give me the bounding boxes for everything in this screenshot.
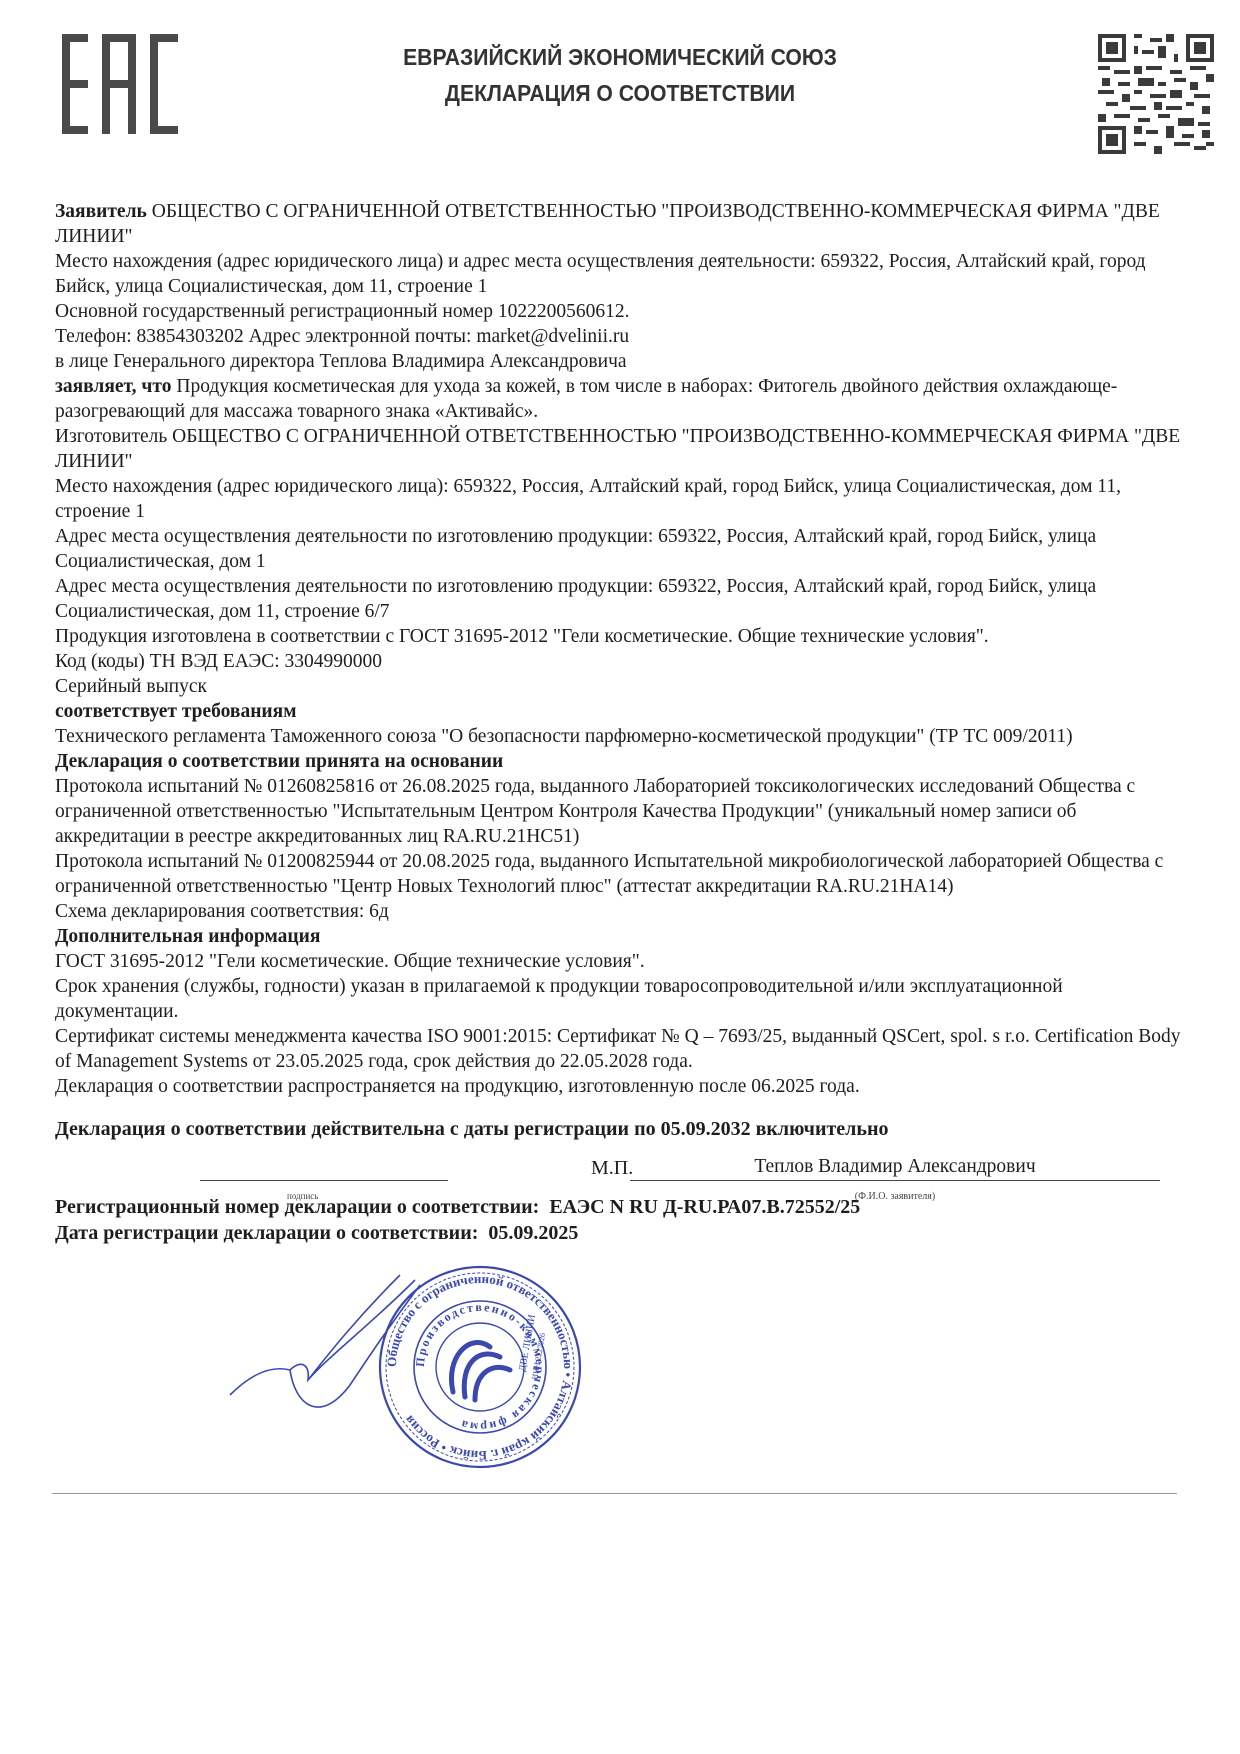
basis-heading: Декларация о соответствии принята на осн… — [55, 749, 1185, 774]
additional-iso: Сертификат системы менеджмента качества … — [55, 1024, 1185, 1074]
handwritten-signature-icon — [200, 1265, 440, 1435]
basis-scheme: Схема декларирования соответствия: 6д — [55, 899, 1185, 924]
signer-name-label: (Ф.И.О. заявителя) — [630, 1184, 1160, 1209]
applicant-ogrn: Основной государственный регистрационный… — [55, 299, 1185, 324]
applicant-name: ОБЩЕСТВО С ОГРАНИЧЕННОЙ ОТВЕТСТВЕННОСТЬЮ… — [55, 201, 1160, 247]
union-title: ЕВРАЗИЙСКИЙ ЭКОНОМИЧЕСКИЙ СОЮЗ — [326, 44, 915, 71]
applicant-contacts: Телефон: 83854303202 Адрес электронной п… — [55, 324, 1185, 349]
signer-name: Теплов Владимир Александрович — [630, 1154, 1160, 1179]
svg-text:ДВЕ ЛИНИИ: ДВЕ ЛИНИИ — [517, 1314, 538, 1373]
applicant-address: Место нахождения (адрес юридического лиц… — [55, 249, 1185, 299]
signature-row: подпись М.П. Теплов Владимир Александров… — [55, 1142, 1185, 1194]
declares-text: Продукция косметическая для ухода за кож… — [55, 376, 1117, 422]
manufacturer-legal-address: Место нахождения (адрес юридического лиц… — [55, 474, 1185, 524]
product-tn-ved: Код (коды) ТН ВЭД ЕАЭС: 3304990000 — [55, 649, 1185, 674]
manufacturer-production-address-2: Адрес места осуществления деятельности п… — [55, 574, 1185, 624]
bottom-divider — [52, 1493, 1177, 1494]
manufacturer-label: Изготовитель — [55, 426, 167, 447]
company-stamp-icon: Общество с ограниченной ответственностью… — [375, 1262, 585, 1472]
additional-heading: Дополнительная информация — [55, 924, 1185, 949]
applicant-representative: в лице Генерального директора Теплова Вл… — [55, 349, 1185, 374]
requirements-heading: соответствует требованиям — [55, 699, 1185, 724]
declares-label: заявляет, что — [55, 376, 172, 397]
signature-label: подпись — [287, 1184, 318, 1209]
applicant-label: Заявитель — [55, 201, 147, 222]
validity-statement: Декларация о соответствии действительна … — [55, 1117, 1185, 1142]
applicant-block: Заявитель ОБЩЕСТВО С ОГРАНИЧЕННОЙ ОТВЕТС… — [55, 199, 1185, 249]
additional-gost: ГОСТ 31695-2012 "Гели косметические. Общ… — [55, 949, 1185, 974]
svg-text:ИНН 2227026: ИНН 2227026 — [530, 1332, 547, 1380]
manufacturer-name: ОБЩЕСТВО С ОГРАНИЧЕННОЙ ОТВЕТСТВЕННОСТЬЮ… — [55, 426, 1180, 472]
requirements-text: Технического регламента Таможенного союз… — [55, 724, 1185, 749]
signer-name-line — [630, 1180, 1160, 1181]
stamp-place-label: М.П. — [591, 1156, 633, 1181]
document-title: ДЕКЛАРАЦИЯ О СООТВЕТСТВИИ — [326, 80, 915, 107]
registration-date-label: Дата регистрации декларации о соответств… — [55, 1222, 478, 1244]
registration-date: 05.09.2025 — [488, 1222, 578, 1244]
declaration-body: Заявитель ОБЩЕСТВО С ОГРАНИЧЕННОЙ ОТВЕТС… — [55, 199, 1185, 1246]
svg-text:Производственно-коммерческая ф: Производственно-коммерческая фирма — [413, 1300, 547, 1434]
product-standard: Продукция изготовлена в соответствии с Г… — [55, 624, 1185, 649]
manufacturer-production-address-1: Адрес места осуществления деятельности п… — [55, 524, 1185, 574]
manufacturer-block: Изготовитель ОБЩЕСТВО С ОГРАНИЧЕННОЙ ОТВ… — [55, 424, 1185, 474]
basis-protocol-2: Протокола испытаний № 01200825944 от 20.… — [55, 849, 1185, 899]
additional-shelf-life: Срок хранения (службы, годности) указан … — [55, 974, 1185, 1024]
registration-date-row: Дата регистрации декларации о соответств… — [55, 1220, 1185, 1246]
additional-scope: Декларация о соответствии распространяет… — [55, 1074, 1185, 1099]
signature-line — [200, 1180, 448, 1181]
basis-protocol-1: Протокола испытаний № 01260825816 от 26.… — [55, 774, 1185, 849]
svg-text:Общество с ограниченной ответс: Общество с ограниченной ответственностью… — [384, 1271, 576, 1463]
product-release: Серийный выпуск — [55, 674, 1185, 699]
qr-code-icon — [1098, 34, 1214, 154]
eac-logo-icon — [62, 34, 180, 134]
declares-block: заявляет, что Продукция косметическая дл… — [55, 374, 1185, 424]
